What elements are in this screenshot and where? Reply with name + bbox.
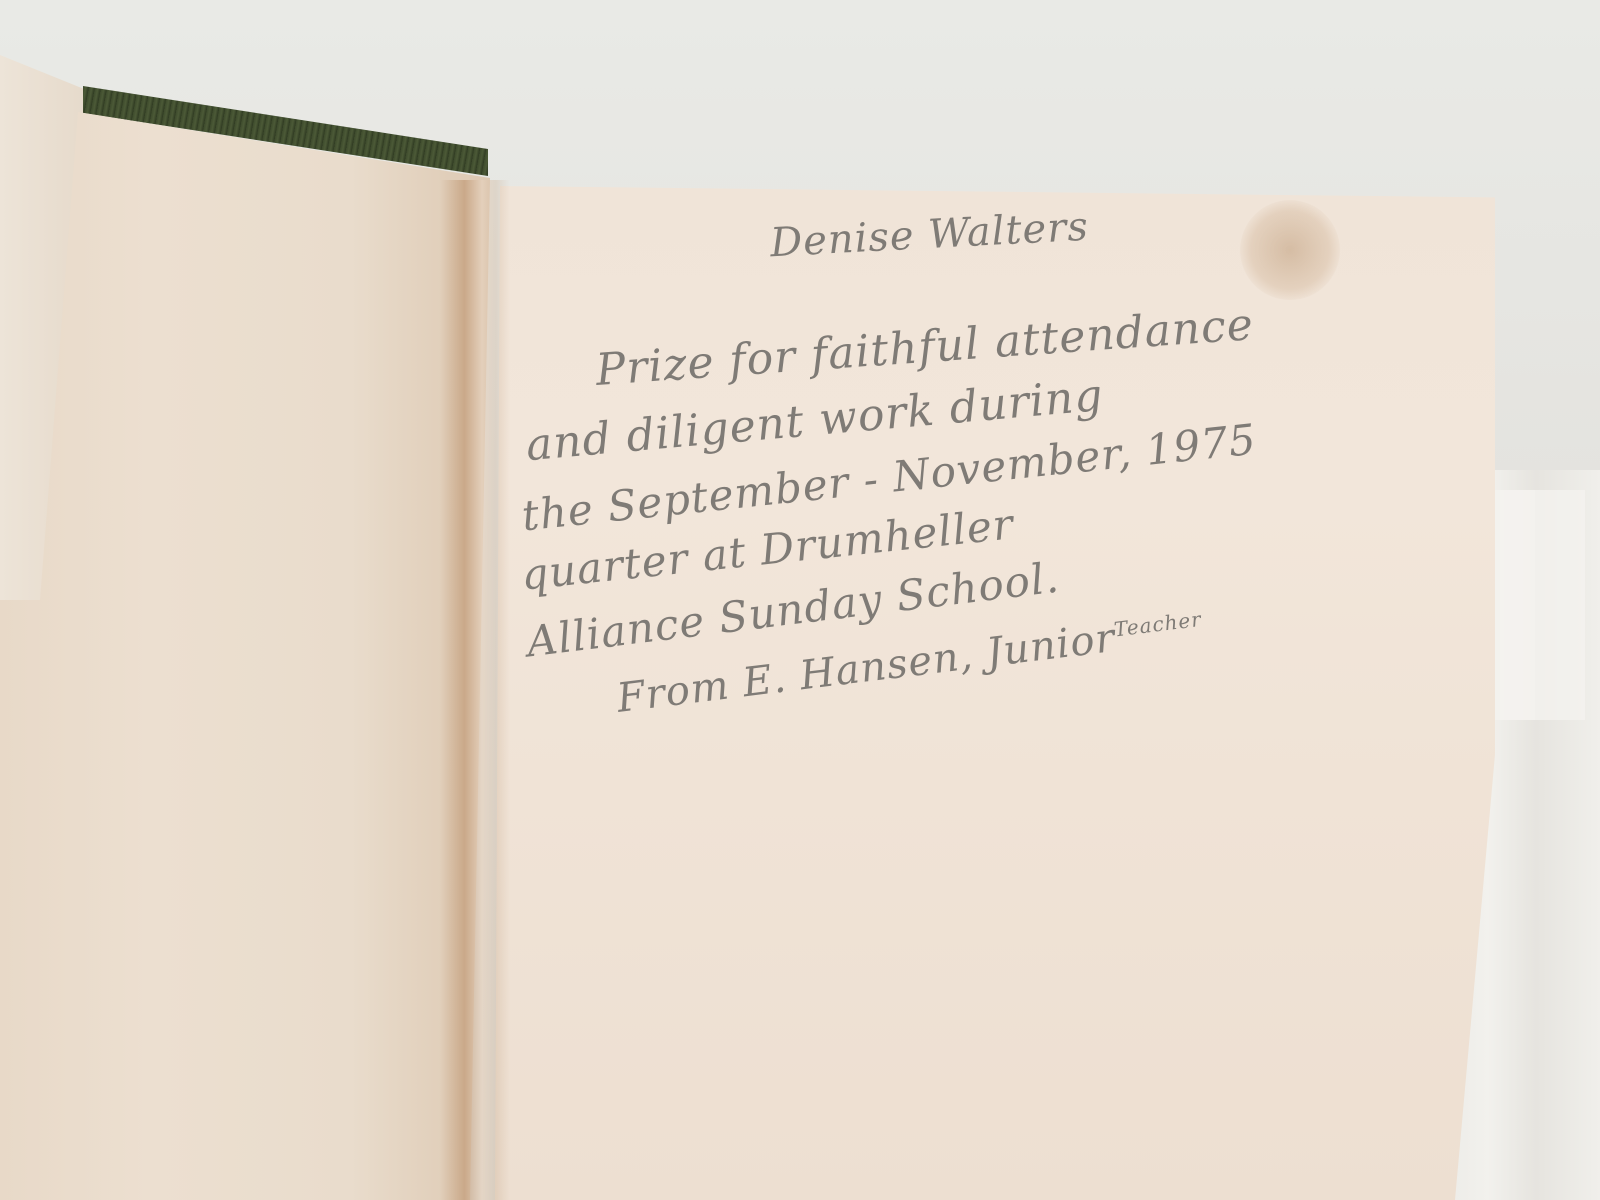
inscription-line: Prize for faithful attendance xyxy=(594,299,1255,396)
book-photo: Denise Walters Prize for faithful attend… xyxy=(0,0,1600,1200)
signature-title-super: Teacher xyxy=(1113,607,1203,642)
handwritten-inscription: Denise Walters Prize for faithful attend… xyxy=(0,0,1600,1200)
recipient-name: Denise Walters xyxy=(769,204,1090,267)
signature-title: Junior xyxy=(984,615,1118,676)
